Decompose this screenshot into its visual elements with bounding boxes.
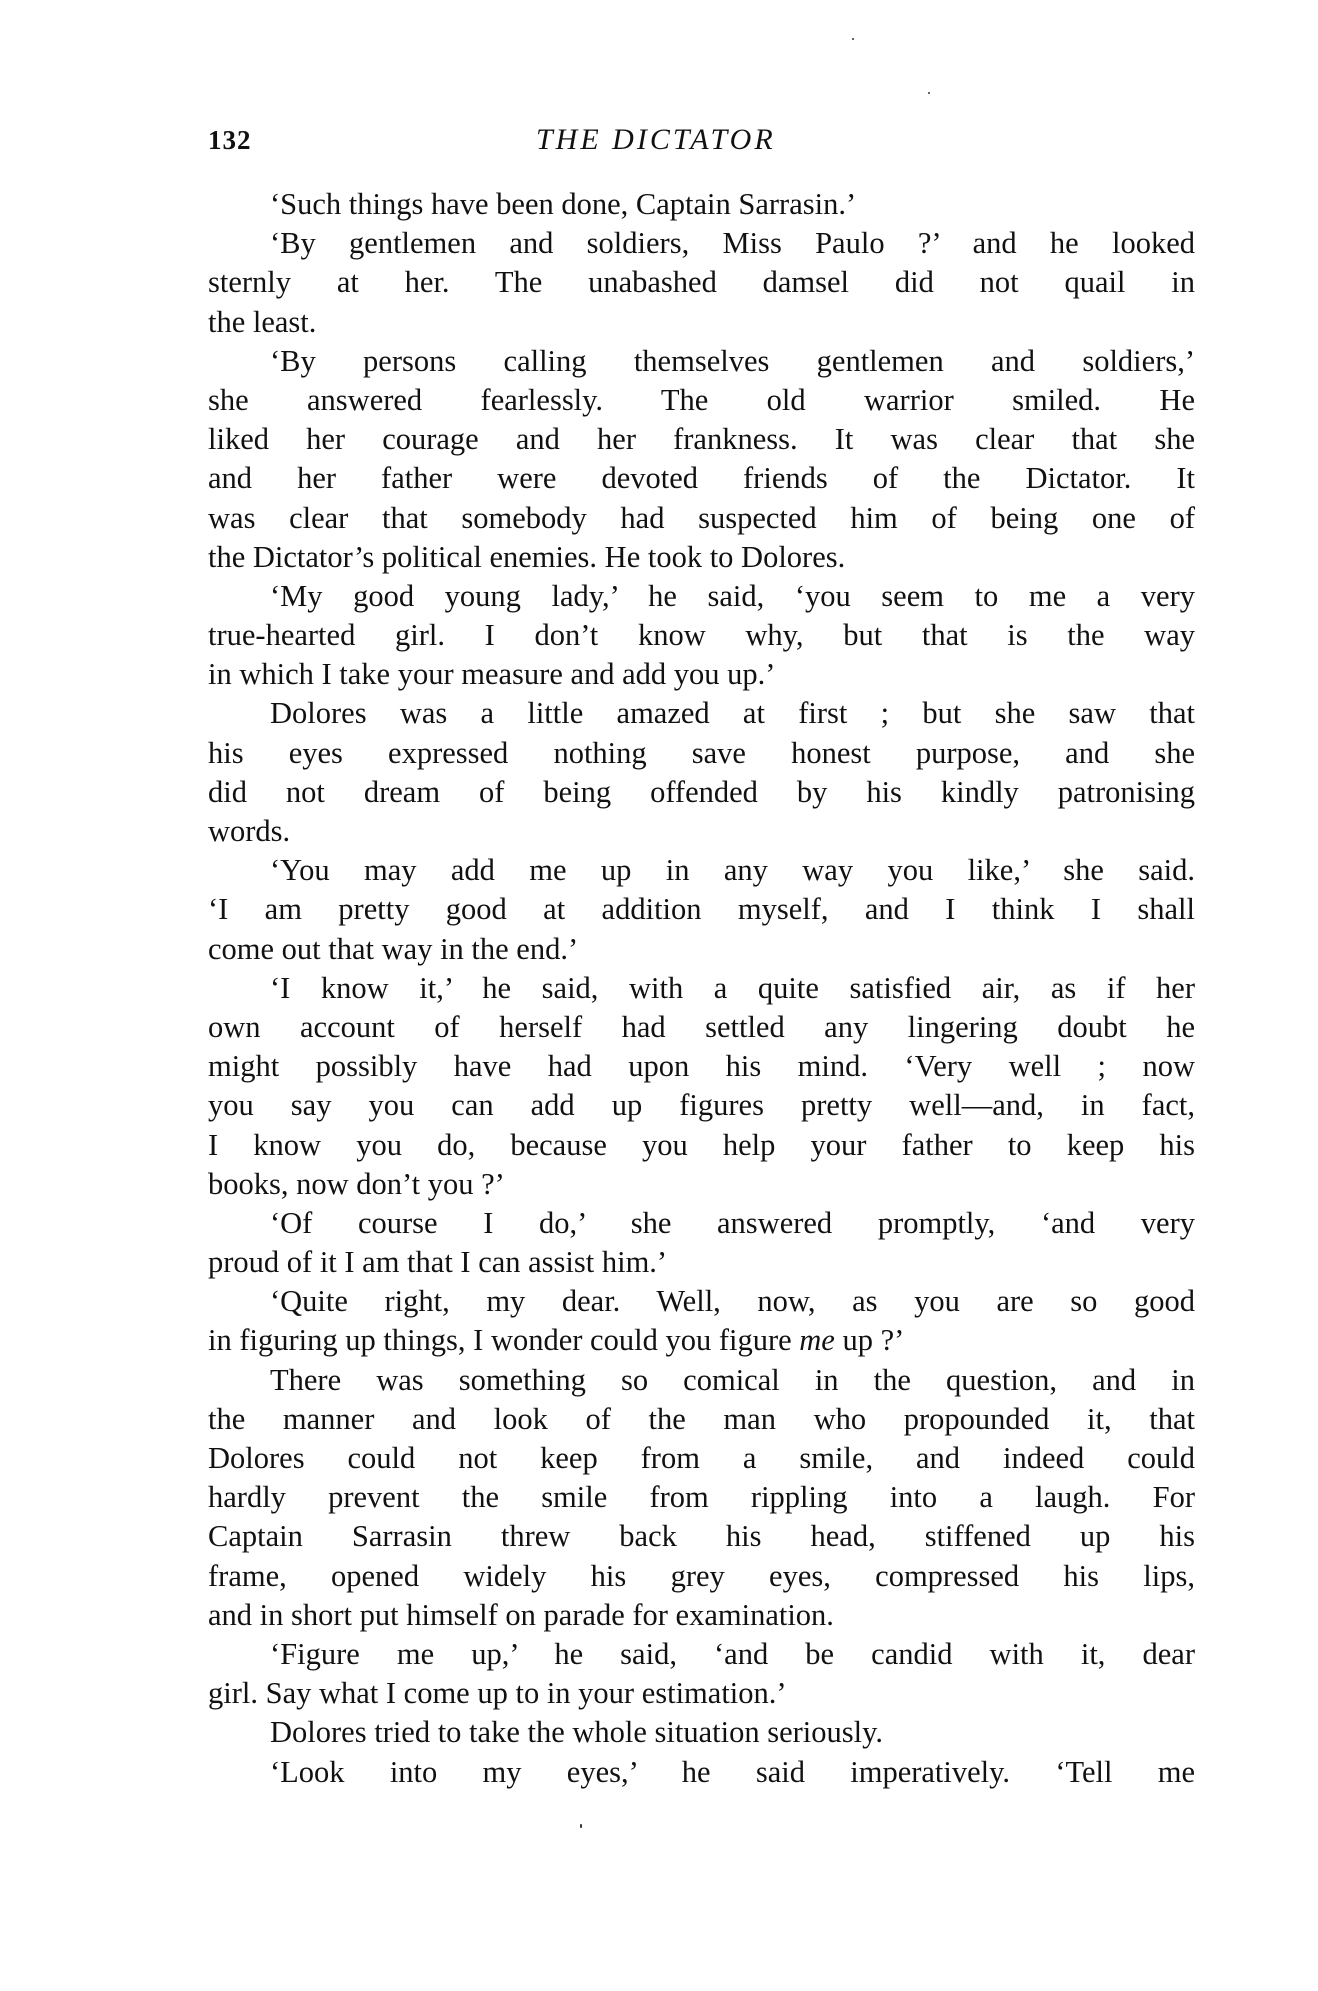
text-line: liked her courage and her frankness. It … — [208, 420, 1195, 459]
book-page: 132 THE DICTATOR ‘Such things have been … — [0, 0, 1318, 1991]
text-line: Dolores tried to take the whole situatio… — [208, 1713, 1195, 1752]
body-text: ‘Such things have been done, Captain Sar… — [208, 185, 1195, 1792]
text-line: ‘Of course I do,’ she answered promptly,… — [208, 1204, 1195, 1243]
text-line: ‘Quite right, my dear. Well, now, as you… — [208, 1282, 1195, 1321]
text-line: ‘I am pretty good at addition myself, an… — [208, 890, 1195, 929]
text-line: Dolores was a little amazed at first ; b… — [208, 694, 1195, 733]
text-segment: in figuring up things, I wonder could yo… — [208, 1323, 799, 1357]
text-line: was clear that somebody had suspected hi… — [208, 499, 1195, 538]
text-line: ‘My good young lady,’ he said, ‘you seem… — [208, 577, 1195, 616]
text-line: come out that way in the end.’ — [208, 930, 1195, 969]
scan-speck — [852, 38, 854, 40]
text-line: she answered fearlessly. The old warrior… — [208, 381, 1195, 420]
text-line: the Dictator’s political enemies. He too… — [208, 538, 1195, 577]
page-number: 132 — [208, 122, 252, 158]
text-line: I know you do, because you help your fat… — [208, 1126, 1195, 1165]
text-line: and her father were devoted friends of t… — [208, 459, 1195, 498]
text-line: in which I take your measure and add you… — [208, 655, 1195, 694]
text-line: true-hearted girl. I don’t know why, but… — [208, 616, 1195, 655]
text-line: the least. — [208, 303, 1195, 342]
text-line: you say you can add up figures pretty we… — [208, 1086, 1195, 1125]
text-line: hardly prevent the smile from rippling i… — [208, 1478, 1195, 1517]
scan-speck — [928, 92, 930, 94]
text-line: the manner and look of the man who propo… — [208, 1400, 1195, 1439]
text-line: own account of herself had settled any l… — [208, 1008, 1195, 1047]
text-line: ‘Look into my eyes,’ he said imperativel… — [208, 1753, 1195, 1792]
italic-emphasis: me — [799, 1323, 835, 1357]
text-line: There was something so comical in the qu… — [208, 1361, 1195, 1400]
text-line: and in short put himself on parade for e… — [208, 1596, 1195, 1635]
running-title: THE DICTATOR — [536, 122, 776, 158]
text-line: ‘By persons calling themselves gentlemen… — [208, 342, 1195, 381]
text-line: sternly at her. The unabashed damsel did… — [208, 263, 1195, 302]
text-line: ‘By gentlemen and soldiers, Miss Paulo ?… — [208, 224, 1195, 263]
text-line: did not dream of being offended by his k… — [208, 773, 1195, 812]
text-line: ‘You may add me up in any way you like,’… — [208, 851, 1195, 890]
text-line: Captain Sarrasin threw back his head, st… — [208, 1517, 1195, 1556]
text-line: might possibly have had upon his mind. ‘… — [208, 1047, 1195, 1086]
text-line: ‘I know it,’ he said, with a quite satis… — [208, 969, 1195, 1008]
text-line: Dolores could not keep from a smile, and… — [208, 1439, 1195, 1478]
text-line: girl. Say what I come up to in your esti… — [208, 1674, 1195, 1713]
text-segment: up ?’ — [835, 1323, 904, 1357]
text-line: frame, opened widely his grey eyes, comp… — [208, 1557, 1195, 1596]
text-line: ‘Such things have been done, Captain Sar… — [208, 185, 1195, 224]
text-line: ‘Figure me up,’ he said, ‘and be candid … — [208, 1635, 1195, 1674]
text-line-with-italic: in figuring up things, I wonder could yo… — [208, 1321, 1195, 1360]
text-line: his eyes expressed nothing save honest p… — [208, 734, 1195, 773]
text-line: books, now don’t you ?’ — [208, 1165, 1195, 1204]
scan-speck — [580, 1824, 582, 1828]
text-line: words. — [208, 812, 1195, 851]
running-head: 132 THE DICTATOR — [208, 122, 1195, 158]
text-line: proud of it I am that I can assist him.’ — [208, 1243, 1195, 1282]
